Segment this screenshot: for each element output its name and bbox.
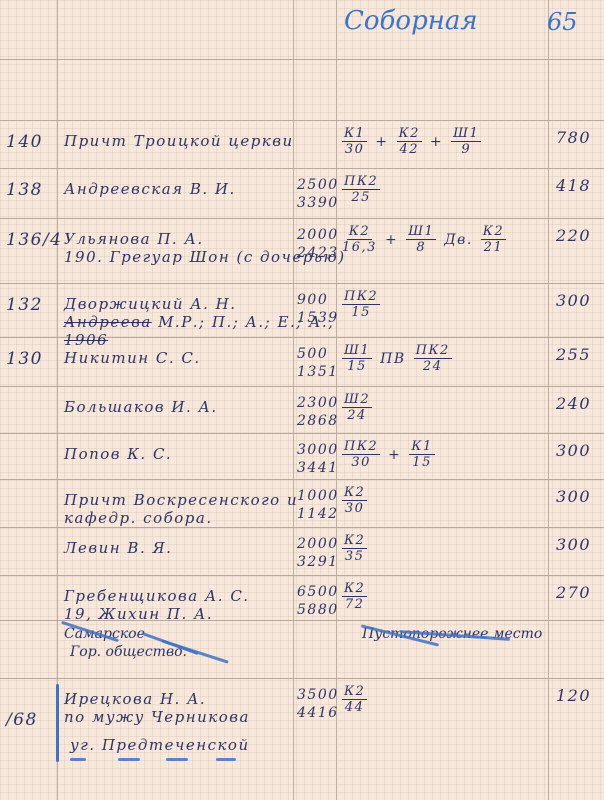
owner-name: Попов К. С. — [64, 445, 172, 463]
owner-name-line1: Гребенщикова А. С. — [64, 587, 250, 605]
value-bottom: 2423 — [297, 244, 339, 262]
row-divider — [0, 479, 604, 480]
fractions: К272 — [342, 581, 367, 612]
value-pair: 2000 2423 — [297, 226, 339, 262]
owner-name: Левин В. Я. — [64, 539, 172, 557]
fraction: К235 — [342, 533, 367, 564]
house-number: 140 — [6, 132, 43, 152]
fraction: К242 — [397, 126, 422, 157]
fractions: ПК230+К115 — [342, 439, 435, 470]
pencil-dash — [70, 758, 86, 761]
total: 220 — [556, 226, 591, 245]
owner-name: Большаков И. А. — [64, 398, 218, 416]
total: 300 — [556, 535, 591, 554]
fractions: К230 — [342, 485, 367, 516]
row-divider — [0, 218, 604, 219]
owner-name: Причт Воскресенского икафедр. собора. — [64, 491, 298, 527]
operator: + — [385, 232, 398, 248]
value-pair: 1000 1142 — [297, 487, 339, 523]
corner-note: уг. Предтеченской — [70, 736, 250, 754]
owner-name-line1: Попов К. С. — [64, 445, 172, 463]
total: 240 — [556, 394, 591, 413]
total: 300 — [556, 291, 591, 310]
operator: + — [375, 134, 388, 150]
house-number: 138 — [6, 180, 43, 200]
street-title: Соборная — [344, 6, 478, 36]
value-top: 900 — [297, 291, 339, 309]
owner-name-line1: Андреевская В. И. — [64, 180, 236, 198]
fraction: К221 — [481, 224, 506, 255]
total: 120 — [556, 686, 591, 705]
society-left-2: Гор. общество. — [70, 644, 187, 660]
fraction: К2 44 — [342, 684, 367, 715]
owner-name-line1: Большаков И. А. — [64, 398, 218, 416]
pencil-dash — [216, 758, 236, 761]
operator: + — [388, 447, 401, 463]
fraction: К115 — [409, 439, 434, 470]
value-bottom: 2868 — [297, 412, 339, 430]
value-top: 500 — [297, 345, 339, 363]
fractions: К2 44 — [342, 684, 367, 715]
fractions: ПК215 — [342, 289, 380, 320]
pencil-dash — [166, 758, 188, 761]
owner-name: Андреевская В. И. — [64, 180, 236, 198]
fraction: К130 — [342, 126, 367, 157]
fractions: Ш115ПВПК224 — [342, 343, 452, 374]
house-number: 136/4 — [6, 230, 63, 250]
value-bottom: 1539 — [297, 309, 339, 327]
fraction: ПК230 — [342, 439, 380, 470]
value-top: 2300 — [297, 394, 339, 412]
row-divider — [0, 59, 604, 60]
owner-name-line1: Никитин С. С. — [64, 349, 201, 367]
page-number: 65 — [547, 8, 578, 36]
pencil-bracket — [56, 684, 59, 762]
fraction: Ш18 — [406, 224, 436, 255]
row-divider — [0, 168, 604, 169]
ledger-page: Соборная 65 140 Причт Троицкой церкви К1… — [0, 0, 604, 800]
society-row: Самарское Гор. общество. Пустопорожнее м… — [0, 620, 604, 678]
total: 300 — [556, 441, 591, 460]
row-divider — [0, 120, 604, 121]
owner-name-line1: Причт Воскресенского и — [64, 491, 298, 509]
owner-name-line2: по мужу Черникова — [64, 708, 250, 726]
fractions: Ш224 — [342, 392, 372, 423]
value-bottom: 1142 — [297, 505, 339, 523]
value-pair: 3500 4416 — [297, 686, 339, 722]
value-bottom: 1351 — [297, 363, 339, 381]
house-number: 130 — [6, 349, 43, 369]
row-divider — [0, 527, 604, 528]
pencil-dash — [118, 758, 140, 761]
value-pair: 900 1539 — [297, 291, 339, 327]
total: 270 — [556, 583, 591, 602]
operator: + — [430, 134, 443, 150]
row-divider — [0, 575, 604, 576]
value-top: 2000 — [297, 226, 339, 244]
fraction: ПК224 — [414, 343, 452, 374]
value-pair: 500 1351 — [297, 345, 339, 381]
value-bottom: 3390 — [297, 194, 339, 212]
owner-name: Гребенщикова А. С.19, Жихин П. А. — [64, 587, 250, 623]
value-bottom: 4416 — [297, 704, 339, 722]
fraction: ПК225 — [342, 174, 380, 205]
total: 255 — [556, 345, 591, 364]
owner-name-line1: Причт Троицкой церкви — [64, 132, 294, 150]
struck-year: 1906 — [64, 331, 334, 349]
owner-name-line1: Дворжицкий А. Н. — [64, 295, 334, 313]
house-number: 132 — [6, 295, 43, 315]
owner-name-line1: Левин В. Я. — [64, 539, 172, 557]
fraction: К272 — [342, 581, 367, 612]
fractions: ПК225 — [342, 174, 380, 205]
row-divider — [0, 433, 604, 434]
owner-name-line2: кафедр. собора. — [64, 509, 298, 527]
value-top: 1000 — [297, 487, 339, 505]
total: 418 — [556, 176, 591, 195]
owner-name: Ирецкова Н. А. по мужу Черникова — [64, 690, 250, 726]
ledger-row-last: /68 Ирецкова Н. А. по мужу Черникова уг.… — [0, 678, 604, 800]
owner-name: Дворжицкий А. Н.Андреева М.Р.; П.; А.; Е… — [64, 295, 334, 349]
value-pair: 2500 3390 — [297, 176, 339, 212]
value-bottom: 3291 — [297, 553, 339, 571]
fraction: К216,3 — [342, 224, 377, 255]
value-top: 2500 — [297, 176, 339, 194]
fractions: К130+К242+Ш19 — [342, 126, 481, 157]
owner-name: Причт Троицкой церкви — [64, 132, 294, 150]
value-pair: 2300 2868 — [297, 394, 339, 430]
value-top: 3000 — [297, 441, 339, 459]
value-bottom: 5880 — [297, 601, 339, 619]
value-bottom: 3441 — [297, 459, 339, 477]
fractions: К216,3+Ш18Дв.К221 — [342, 224, 506, 255]
fraction: Ш224 — [342, 392, 372, 423]
value-pair: 6500 5880 — [297, 583, 339, 619]
total: 780 — [556, 128, 591, 147]
fraction: Ш115 — [342, 343, 372, 374]
row-divider — [0, 283, 604, 284]
value-top: 2000 — [297, 535, 339, 553]
owner-name-line1: Ирецкова Н. А. — [64, 690, 250, 708]
owner-name: Никитин С. С. — [64, 349, 201, 367]
fraction: К230 — [342, 485, 367, 516]
owner-name-line2: Андреева М.Р.; П.; А.; Е.; А., — [64, 313, 334, 331]
value-pair: 3000 3441 — [297, 441, 339, 477]
fraction: Ш19 — [451, 126, 481, 157]
fractions: К235 — [342, 533, 367, 564]
row-divider — [0, 386, 604, 387]
value-top: 3500 — [297, 686, 339, 704]
value-top: 6500 — [297, 583, 339, 601]
fraction: ПК215 — [342, 289, 380, 320]
house-number: /68 — [6, 710, 38, 730]
operator: ПВ — [380, 351, 406, 367]
operator: Дв. — [444, 232, 472, 248]
value-pair: 2000 3291 — [297, 535, 339, 571]
total: 300 — [556, 487, 591, 506]
